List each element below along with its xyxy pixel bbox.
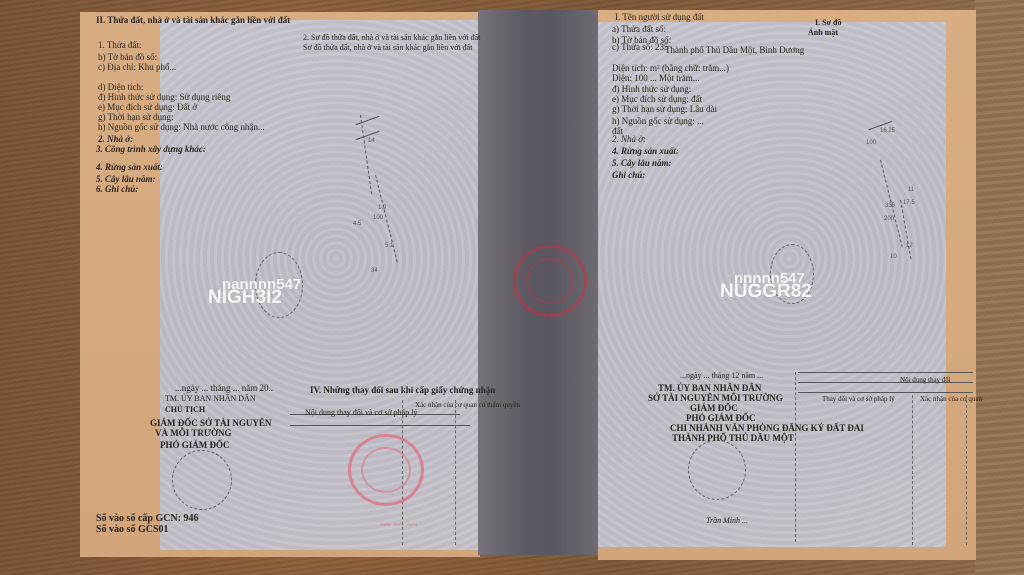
plot-label: 10 <box>890 254 897 260</box>
sig-line: CHỦ TỊCH <box>165 404 205 415</box>
plot-label: 12 <box>906 243 913 249</box>
left-top-text-2: Sơ đồ thửa đất, nhà ở và tài sản khác gắ… <box>303 42 472 53</box>
plot-label: 1.9 <box>378 205 386 211</box>
left-line: 3. Công trình xây dựng khác: <box>96 144 206 155</box>
table-row: Thay đổi và cơ sở pháp lý <box>822 394 895 405</box>
left-red-signature: ~~ ~~ ~~ <box>380 520 417 531</box>
plot-label: 4.5 <box>353 221 361 227</box>
plot-label: 16.25 <box>880 128 895 134</box>
left-signature-stamp <box>172 450 232 510</box>
left-line: 1. Thửa đất: <box>98 40 141 51</box>
plot-label: 34 <box>371 268 378 274</box>
right-line: h) Nguồn gốc sử dụng: ... <box>612 116 704 127</box>
left-section-title: II. Thửa đất, nhà ở và tài sản khác gắn … <box>96 15 290 26</box>
plot-label: 100 <box>866 140 876 146</box>
left-red-stamp <box>348 434 424 506</box>
right-line: c) Thửa số: 235 <box>612 42 668 53</box>
right-signature-stamp <box>688 440 746 500</box>
left-line: 6. Ghi chú: <box>96 184 138 195</box>
watermark-left-2: NIGH3I2 <box>208 287 282 309</box>
wood-table-right <box>975 0 1024 575</box>
right-side-label: Ảnh mặt <box>808 27 838 38</box>
plot-label: 200 <box>884 216 894 222</box>
plot-label: 100 <box>373 215 383 221</box>
cert-number-2: Số vào sổ GCS01 <box>96 524 169 535</box>
plot-label: 14 <box>368 138 375 144</box>
left-line: c) Địa chỉ: Khu phố... <box>98 62 176 73</box>
right-header: I. Tên người sử dụng đất <box>615 12 704 23</box>
plot-label: 335 <box>885 203 895 209</box>
right-line: a) Thửa đất số: <box>612 24 666 35</box>
table-row: Nội dung thay đổi <box>900 375 951 386</box>
sig-line: THÀNH PHỐ THỦ DẦU MỘT <box>672 433 794 444</box>
right-line: 2. Nhà ở: <box>612 134 646 145</box>
table-col-right: Xác nhận của cơ quan có thẩm quyền <box>415 400 520 411</box>
table-col-left: Nội dung thay đổi và cơ sở pháp lý <box>305 407 417 418</box>
cert-number-1: Số vào sổ cấp GCN: 946 <box>96 513 199 524</box>
gutter-red-stamp <box>513 245 587 317</box>
plot-label: 17.5 <box>903 200 915 206</box>
table-header: IV. Những thay đổi sau khi cấp giấy chứn… <box>310 385 495 396</box>
left-line: h) Nguồn gốc sử dụng: Nhà nước công nhận… <box>98 122 265 133</box>
plot-label: 5.1 <box>385 243 393 249</box>
right-line: Thành phố Thủ Dầu Một, Bình Dương <box>665 45 804 56</box>
right-line: g) Thời hạn sử dụng: Lâu dài <box>612 104 717 115</box>
left-line: 4. Rừng sản xuất: <box>96 162 163 173</box>
plot-label: 11 <box>908 187 914 193</box>
sig-line: ...ngày ... tháng 12 năm ... <box>680 370 763 381</box>
watermark-right-2: NUGGR82 <box>720 281 812 303</box>
right-signature-name: Trần Minh ... <box>706 515 748 526</box>
right-line: 4. Rừng sản xuất: <box>612 146 679 157</box>
sig-line: PHÓ GIÁM ĐỐC <box>160 440 230 451</box>
right-line: 5. Cây lâu năm: <box>612 158 672 169</box>
right-line: Diện: 100 ... Một trăm... <box>612 73 700 84</box>
sig-line: VÀ MÔI TRƯỜNG <box>155 428 232 439</box>
table-row: Xác nhận của cơ quan <box>920 394 982 405</box>
right-line: Ghi chú: <box>612 170 645 181</box>
sig-line: TM. ỦY BAN NHÂN DÂN <box>165 393 256 404</box>
